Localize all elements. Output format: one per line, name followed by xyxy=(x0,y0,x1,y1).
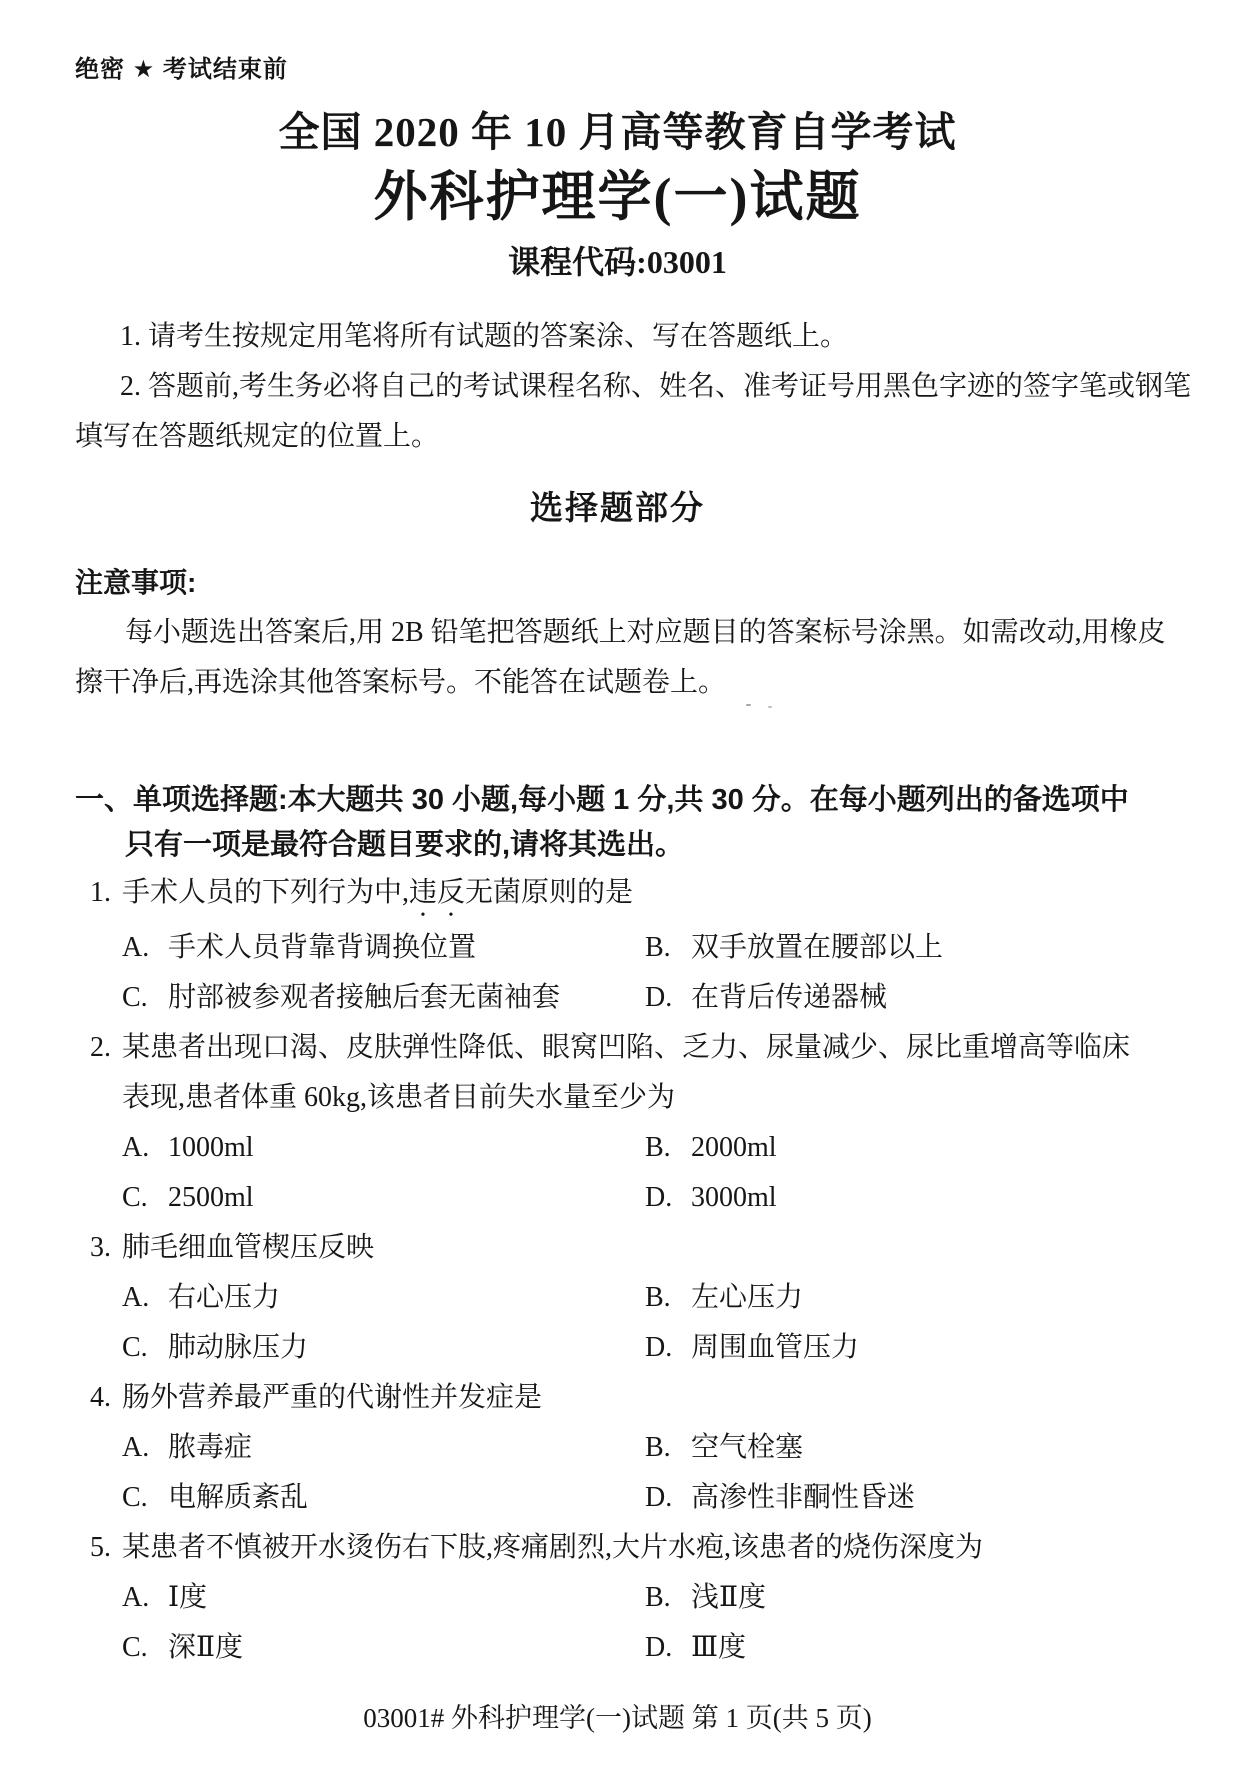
question-3-option-c: C.肺动脉压力 xyxy=(122,1323,645,1373)
question-2-option-d: D.3000ml xyxy=(645,1173,1160,1223)
question-1-options-row-2: C.肘部被参观者接触后套无菌袖套 D.在背后传递器械 xyxy=(122,973,1160,1023)
question-1-stem: 1.手术人员的下列行为中,违反无菌原则的是 xyxy=(75,868,1160,923)
instruction-item-2-line-2: 填写在答题纸规定的位置上。 xyxy=(75,412,1160,462)
question-4-options-row-1: A.脓毒症 B.空气栓塞 xyxy=(122,1423,1160,1473)
question-3: 3.肺毛细血管楔压反映 A.右心压力 B.左心压力 C.肺动脉压力 D.周围血管… xyxy=(75,1223,1160,1373)
question-1-option-d: D.在背后传递器械 xyxy=(645,973,1160,1023)
question-5-option-d: D.Ⅲ度 xyxy=(645,1623,1160,1673)
question-3-stem: 3.肺毛细血管楔压反映 xyxy=(75,1223,1160,1273)
question-5-stem: 5.某患者不慎被开水烫伤右下肢,疼痛剧烈,大片水疱,该患者的烧伤深度为 xyxy=(75,1523,1160,1573)
section-one-heading-line-2: 只有一项是最符合题目要求的,请将其选出。 xyxy=(75,823,1160,868)
question-1-option-c: C.肘部被参观者接触后套无菌袖套 xyxy=(122,973,645,1023)
question-2-option-b: B.2000ml xyxy=(645,1123,1160,1173)
question-4-number: 4. xyxy=(90,1373,122,1423)
question-3-options-row-1: A.右心压力 B.左心压力 xyxy=(122,1273,1160,1323)
exam-subject-title: 外科护理学(一)试题 xyxy=(75,165,1160,229)
question-1-option-a: A.手术人员背靠背调换位置 xyxy=(122,923,645,973)
question-5: 5.某患者不慎被开水烫伤右下肢,疼痛剧烈,大片水疱,该患者的烧伤深度为 A.Ⅰ度… xyxy=(75,1523,1160,1673)
course-code: 课程代码:03001 xyxy=(75,242,1160,282)
question-4-option-c: C.电解质紊乱 xyxy=(122,1473,645,1523)
instruction-item-2: 2. 答题前,考生务必将自己的考试课程名称、姓名、准考证号用黑色字迹的签字笔或钢… xyxy=(75,362,1160,462)
question-5-option-a: A.Ⅰ度 xyxy=(122,1573,645,1623)
question-3-option-d: D.周围血管压力 xyxy=(645,1323,1160,1373)
question-3-number: 3. xyxy=(90,1223,122,1273)
question-4-options-row-2: C.电解质紊乱 D.高渗性非酮性昏迷 xyxy=(122,1473,1160,1523)
choice-part-heading: 选择题部分 xyxy=(75,486,1160,530)
instruction-item-1: 1. 请考生按规定用笔将所有试题的答案涂、写在答题纸上。 xyxy=(75,312,1160,362)
question-2-number: 2. xyxy=(90,1023,122,1073)
question-2-stem-line-2: 表现,患者体重 60kg,该患者目前失水量至少为 xyxy=(75,1073,1160,1123)
exam-paper-page: 绝密 ★ 考试结束前 全国 2020 年 10 月高等教育自学考试 外科护理学(… xyxy=(0,0,1236,1779)
question-2-option-c: C.2500ml xyxy=(122,1173,645,1223)
question-4-stem: 4.肠外营养最严重的代谢性并发症是 xyxy=(75,1373,1160,1423)
notes-line-2: 擦干净后,再选涂其他答案标号。不能答在试题卷上。 xyxy=(75,658,1160,708)
question-3-option-b: B.左心压力 xyxy=(645,1273,1160,1323)
question-1-stem-post: 无菌原则的是 xyxy=(465,877,633,908)
question-5-option-c: C.深Ⅱ度 xyxy=(122,1623,645,1673)
question-4-option-b: B.空气栓塞 xyxy=(645,1423,1160,1473)
section-one-heading: 一、单项选择题:本大题共 30 小题,每小题 1 分,共 30 分。在每小题列出… xyxy=(75,778,1160,868)
question-4-option-d: D.高渗性非酮性昏迷 xyxy=(645,1473,1160,1523)
question-5-option-b: B.浅Ⅱ度 xyxy=(645,1573,1160,1623)
question-list: 1.手术人员的下列行为中,违反无菌原则的是 A.手术人员背靠背调换位置 B.双手… xyxy=(75,868,1160,1673)
question-2-options-row-1: A.1000ml B.2000ml xyxy=(122,1123,1160,1173)
question-2: 2.某患者出现口渴、皮肤弹性降低、眼窝凹陷、乏力、尿量减少、尿比重增高等临床 表… xyxy=(75,1023,1160,1223)
question-4: 4.肠外营养最严重的代谢性并发症是 A.脓毒症 B.空气栓塞 C.电解质紊乱 D… xyxy=(75,1373,1160,1523)
instruction-item-2-line-1: 2. 答题前,考生务必将自己的考试课程名称、姓名、准考证号用黑色字迹的签字笔或钢… xyxy=(75,362,1160,412)
exam-session-title: 全国 2020 年 10 月高等教育自学考试 xyxy=(75,107,1160,157)
question-3-option-a: A.右心压力 xyxy=(122,1273,645,1323)
question-5-options-row-1: A.Ⅰ度 B.浅Ⅱ度 xyxy=(122,1573,1160,1623)
question-3-options-row-2: C.肺动脉压力 D.周围血管压力 xyxy=(122,1323,1160,1373)
question-1-stem-emphasis: 违反 xyxy=(409,877,465,908)
question-1-stem-pre: 手术人员的下列行为中, xyxy=(122,877,409,908)
question-1-option-b: B.双手放置在腰部以上 xyxy=(645,923,1160,973)
question-2-options-row-2: C.2500ml D.3000ml xyxy=(122,1173,1160,1223)
question-1-options-row-1: A.手术人员背靠背调换位置 B.双手放置在腰部以上 xyxy=(122,923,1160,973)
section-one-heading-line-1: 一、单项选择题:本大题共 30 小题,每小题 1 分,共 30 分。在每小题列出… xyxy=(75,778,1160,823)
question-2-stem-line-1: 2.某患者出现口渴、皮肤弹性降低、眼窝凹陷、乏力、尿量减少、尿比重增高等临床 xyxy=(75,1023,1160,1073)
question-1-number: 1. xyxy=(90,868,122,918)
secrecy-notice: 绝密 ★ 考试结束前 xyxy=(75,55,1160,85)
question-1: 1.手术人员的下列行为中,违反无菌原则的是 A.手术人员背靠背调换位置 B.双手… xyxy=(75,868,1160,1023)
notes-title: 注意事项: xyxy=(75,558,1160,608)
scan-artifact xyxy=(746,702,778,710)
question-4-option-a: A.脓毒症 xyxy=(122,1423,645,1473)
page-footer: 03001# 外科护理学(一)试题 第 1 页(共 5 页) xyxy=(75,1701,1160,1735)
notes-line-1: 每小题选出答案后,用 2B 铅笔把答题纸上对应题目的答案标号涂黑。如需改动,用橡… xyxy=(75,608,1160,658)
question-5-options-row-2: C.深Ⅱ度 D.Ⅲ度 xyxy=(122,1623,1160,1673)
question-5-number: 5. xyxy=(90,1523,122,1573)
question-2-option-a: A.1000ml xyxy=(122,1123,645,1173)
